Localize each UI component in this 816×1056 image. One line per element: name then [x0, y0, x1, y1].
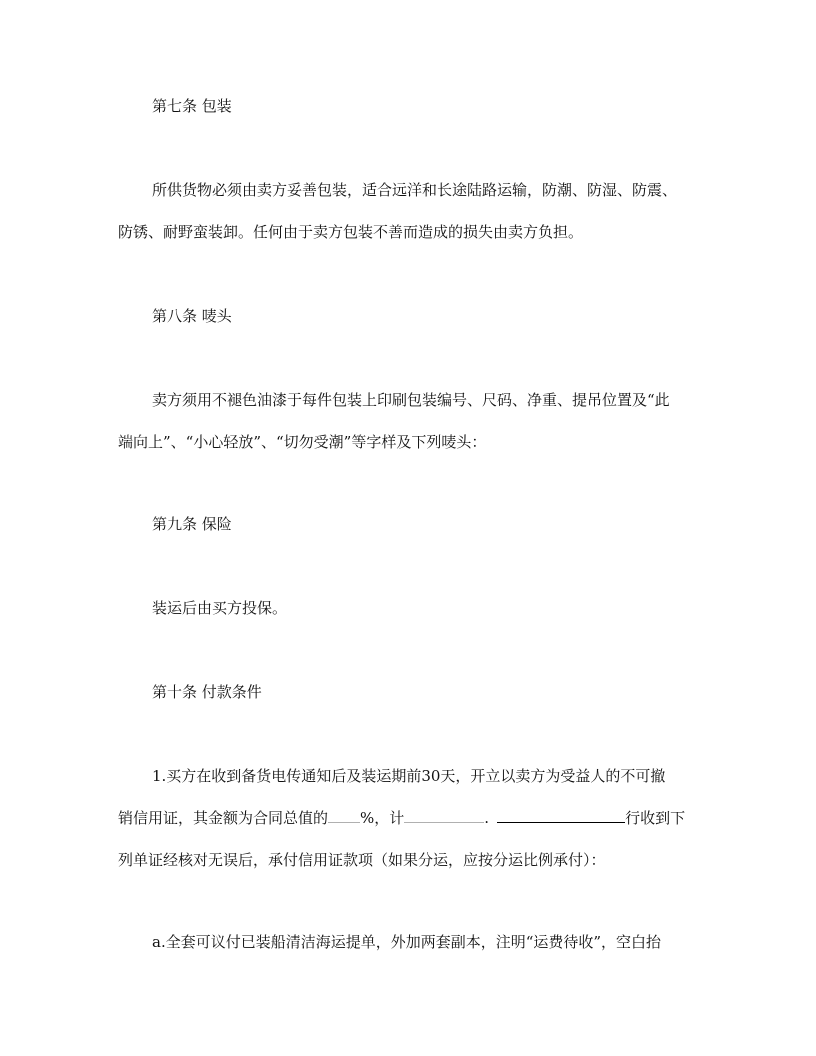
section-heading-payment-terms: 第十条 付款条件	[152, 682, 262, 702]
section-heading-insurance: 第九条 保险	[152, 514, 232, 534]
percentage-blank-field[interactable]	[328, 808, 360, 823]
paragraph-line: 所供货物必须由卖方妥善包装，适合远洋和长途陆路运输，防潮、防湿、防震、	[152, 180, 677, 200]
paragraph-line: 卖方须用不褪色油漆于每件包装上印刷包装编号、尺码、净重、提吊位置及“此	[152, 390, 670, 410]
paragraph-line: 防锈、耐野蛮装卸。任何由于卖方包装不善而造成的损失由卖方负担。	[118, 222, 583, 242]
section-heading-packing: 第七条 包装	[152, 96, 232, 116]
bank-blank-field[interactable]	[497, 808, 625, 823]
paragraph-line-with-blanks: 销信用证，其金额为合同总值的%，计.行收到下	[118, 808, 685, 828]
paragraph-line: 1.买方在收到备货电传通知后及装运期前30天，开立以卖方为受益人的不可撤	[152, 766, 665, 786]
paragraph-line: 列单证经核对无误后，承付信用证款项（如果分运，应按分运比例承付）：	[118, 850, 606, 870]
section-heading-shipping-marks: 第八条 唛头	[152, 306, 232, 326]
text-segment: .	[484, 809, 489, 827]
paragraph-line: a.全套可议付已装船清洁海运提单，外加两套副本，注明“运费待收”，空白抬	[152, 932, 661, 952]
text-segment: 行收到下	[625, 809, 685, 827]
amount-blank-field[interactable]	[404, 808, 484, 823]
paragraph-line: 端向上”、“小心轻放”、“切勿受潮”等字样及下列唛头：	[118, 432, 486, 452]
text-segment: %，计	[360, 809, 404, 827]
text-segment: 销信用证，其金额为合同总值的	[118, 809, 328, 827]
paragraph-line: 装运后由买方投保。	[152, 598, 287, 618]
